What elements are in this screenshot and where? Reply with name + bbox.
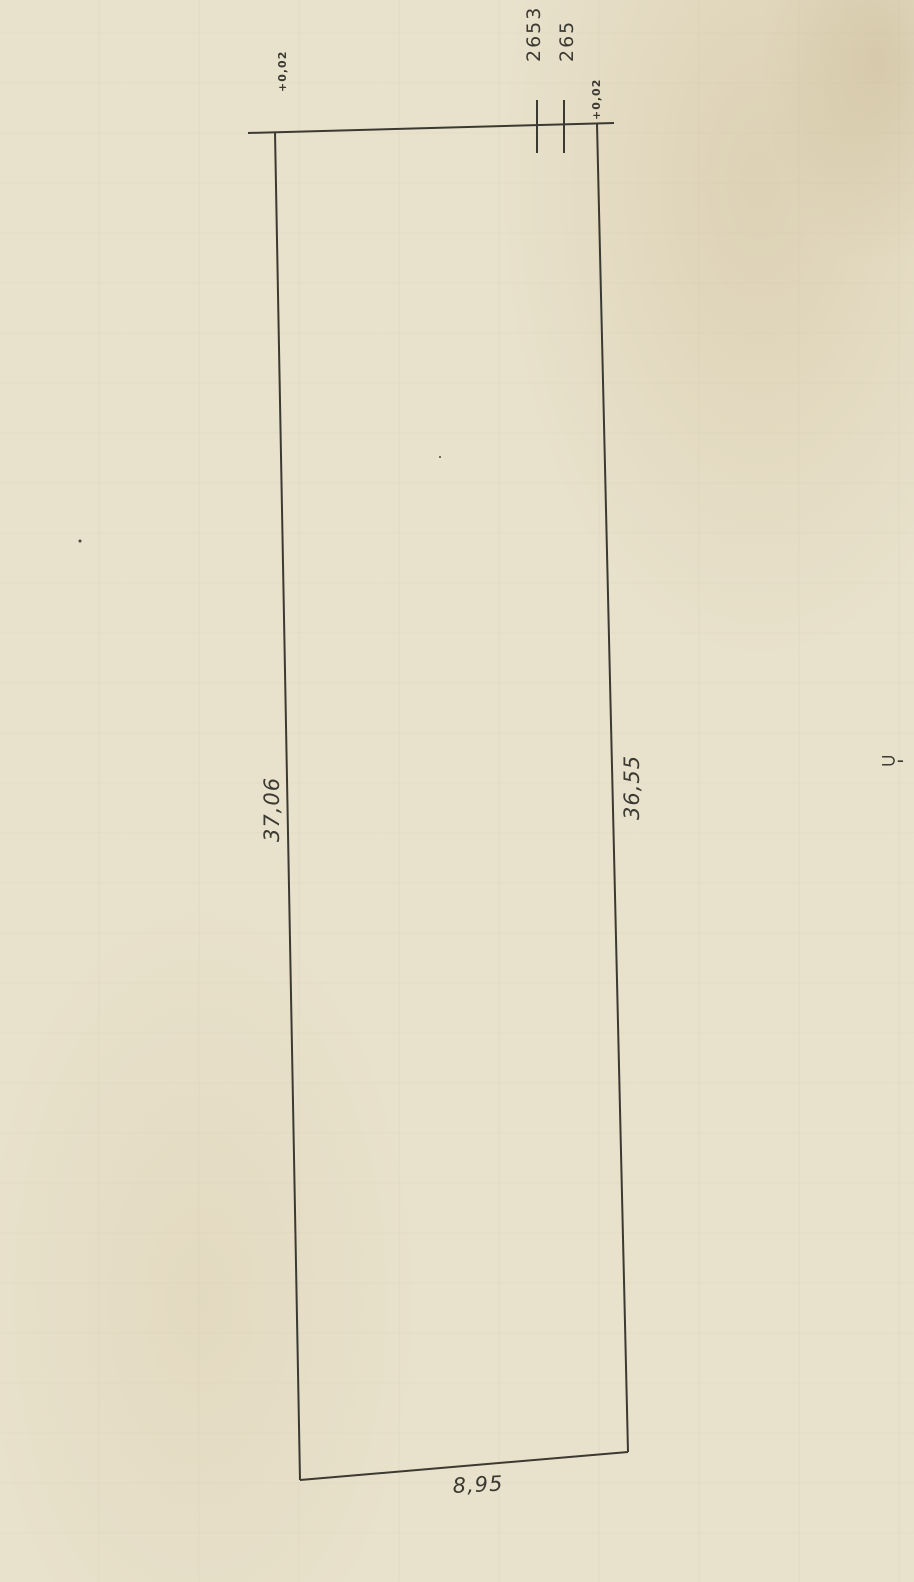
elevation-label-1: 2653: [523, 6, 545, 62]
plot-drawing: [0, 0, 914, 1582]
corner-mark-top-left: +0,02: [276, 51, 289, 92]
right-side-dimension: 36,55: [620, 755, 644, 820]
paper-speck: [439, 456, 441, 458]
elevation-label-2: 265: [556, 20, 578, 62]
left-side-dimension: 37,06: [260, 777, 284, 842]
paper-speck: [79, 540, 82, 543]
top-boundary-line: [248, 123, 614, 133]
bottom-side-dimension: 8,95: [452, 1471, 504, 1498]
margin-mark: ⊃-: [880, 748, 904, 772]
corner-mark-top-right: +0,02: [590, 79, 603, 120]
